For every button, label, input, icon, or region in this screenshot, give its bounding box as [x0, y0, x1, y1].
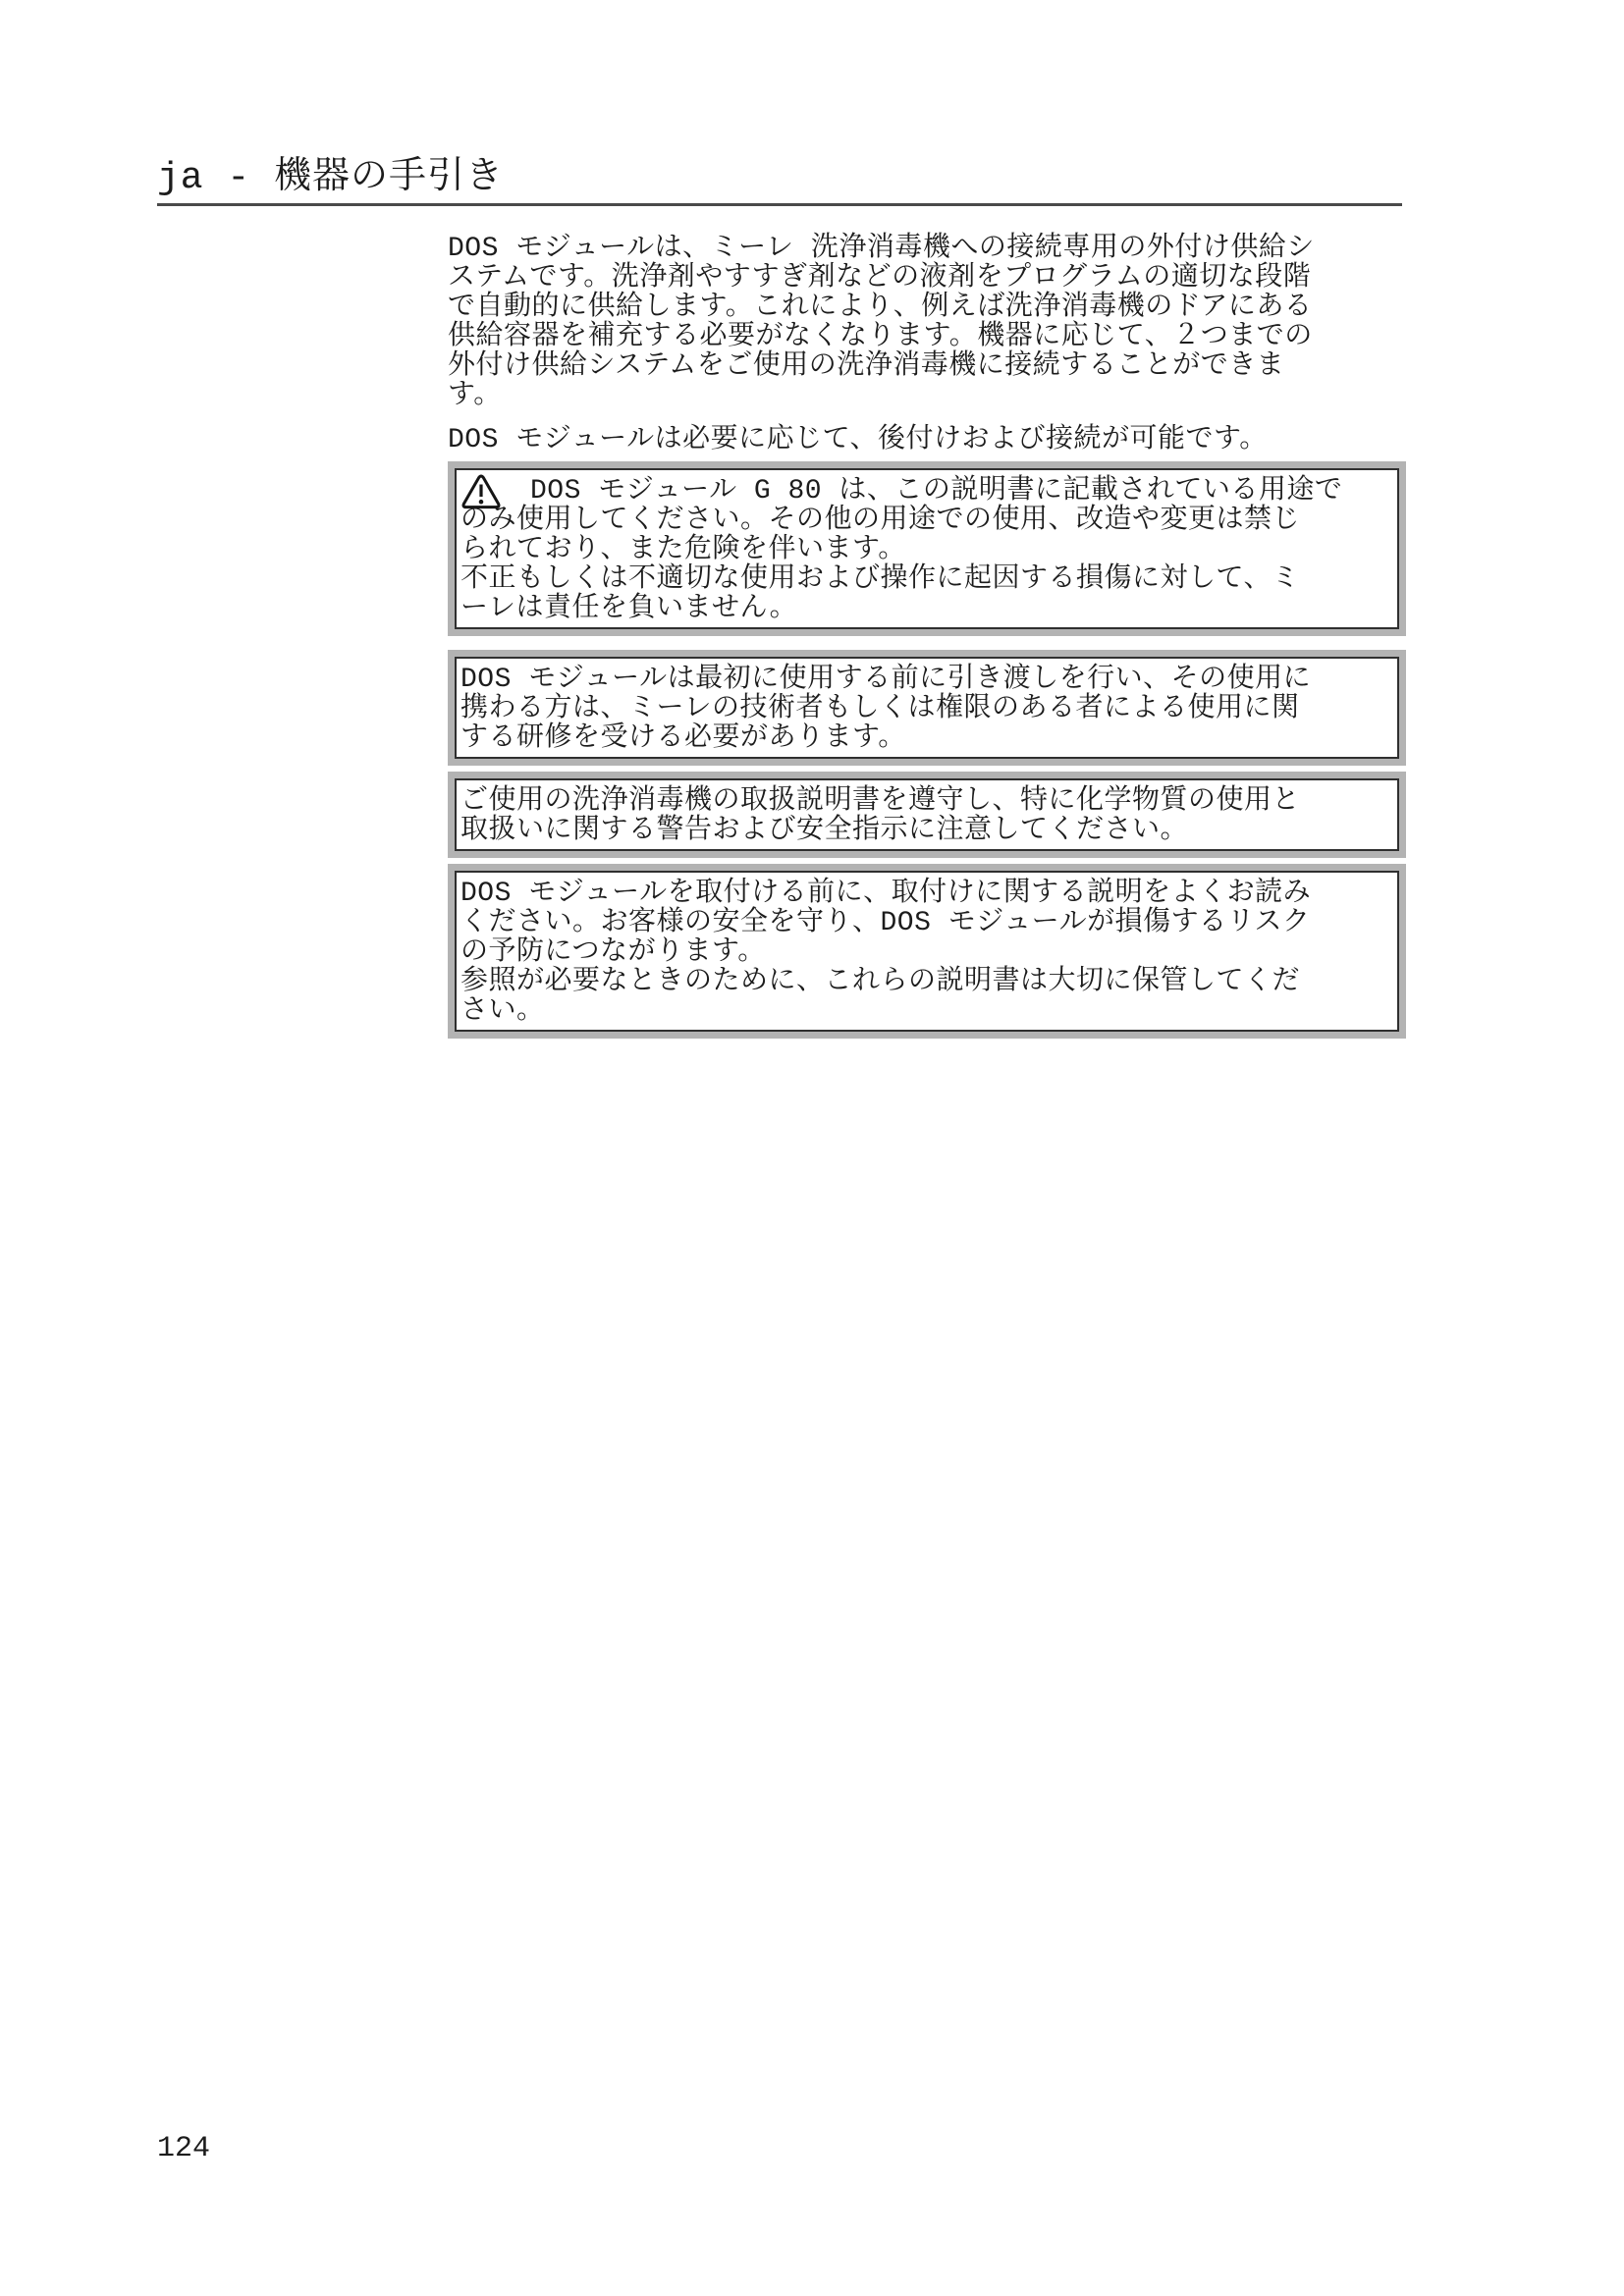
warning-line: DOS モジュール G 80 は、この説明書に記載されている用途で [530, 477, 1342, 507]
intro-line: DOS モジュールは、ミーレ 洗浄消毒機への接続専用の外付け供給シ [448, 235, 1410, 264]
warning-line: 不正もしくは不適切な使用および操作に起因する損傷に対して、ミ [460, 565, 1389, 595]
warning-line: られており、また危険を伴います。 [460, 536, 1389, 565]
intro-line: 供給容器を補充する必要がなくなります。機器に応じて、２つまでの [448, 323, 1410, 352]
page-number: 124 [157, 2132, 210, 2165]
info-line: する研修を受ける必要があります。 [460, 724, 1389, 754]
retrofit-note-line: DOS モジュールは必要に応じて、後付けおよび接続が可能です。 [448, 426, 1410, 455]
info-box-handover: DOS モジュールは最初に使用する前に引き渡しを行い、その使用に 携わる方は、ミ… [448, 650, 1406, 766]
page-title: ja - 機器の手引き [157, 157, 504, 200]
intro-line: で自動的に供給します。これにより、例えば洗浄消毒機のドアにある [448, 294, 1410, 323]
info-line: 取扱いに関する警告および安全指示に注意してください。 [460, 817, 1389, 846]
info-box-frame: ご使用の洗浄消毒機の取扱説明書を遵守し、特に化学物質の使用と 取扱いに関する警告… [455, 778, 1399, 851]
header-rule [157, 203, 1402, 206]
warning-line: ーレは責任を負いません。 [460, 595, 1389, 624]
intro-line: 外付け供給システムをご使用の洗浄消毒機に接続することができま [448, 352, 1410, 382]
manual-page: ja - 機器の手引き DOS モジュールは、ミーレ 洗浄消毒機への接続専用の外… [0, 0, 1624, 2296]
info-box-installation: DOS モジュールを取付ける前に、取付けに関する説明をよくお読み ください。お客… [448, 864, 1406, 1039]
warning-triangle-icon [461, 474, 501, 509]
info-box-frame: DOS モジュールを取付ける前に、取付けに関する説明をよくお読み ください。お客… [455, 871, 1399, 1032]
info-line: DOS モジュールを取付ける前に、取付けに関する説明をよくお読み [460, 880, 1389, 909]
warning-line: のみ使用してください。その他の用途での使用、改造や変更は禁じ [460, 507, 1389, 536]
info-line: さい。 [460, 997, 1389, 1027]
info-line: ください。お客様の安全を守り、DOS モジュールが損傷するリスク [460, 909, 1389, 938]
info-line: 参照が必要なときのために、これらの説明書は大切に保管してくだ [460, 968, 1389, 997]
warning-box-intended-use: DOS モジュール G 80 は、この説明書に記載されている用途で のみ使用して… [448, 461, 1406, 636]
retrofit-note: DOS モジュールは必要に応じて、後付けおよび接続が可能です。 [448, 426, 1410, 455]
warning-box-frame: DOS モジュール G 80 は、この説明書に記載されている用途で のみ使用して… [455, 468, 1399, 629]
info-box-chemicals: ご使用の洗浄消毒機の取扱説明書を遵守し、特に化学物質の使用と 取扱いに関する警告… [448, 772, 1406, 858]
info-line: 携わる方は、ミーレの技術者もしくは権限のある者による使用に関 [460, 695, 1389, 724]
info-line: ご使用の洗浄消毒機の取扱説明書を遵守し、特に化学物質の使用と [460, 787, 1389, 817]
info-box-frame: DOS モジュールは最初に使用する前に引き渡しを行い、その使用に 携わる方は、ミ… [455, 657, 1399, 759]
info-line: の予防につながります。 [460, 938, 1389, 968]
info-line: DOS モジュールは最初に使用する前に引き渡しを行い、その使用に [460, 666, 1389, 695]
intro-line: す。 [448, 382, 1410, 411]
warning-box-first-line: DOS モジュール G 80 は、この説明書に記載されている用途で [460, 477, 1389, 507]
intro-paragraph: DOS モジュールは、ミーレ 洗浄消毒機への接続専用の外付け供給シ ステムです。… [448, 235, 1410, 411]
intro-line: ステムです。洗浄剤やすすぎ剤などの液剤をプログラムの適切な段階 [448, 264, 1410, 294]
